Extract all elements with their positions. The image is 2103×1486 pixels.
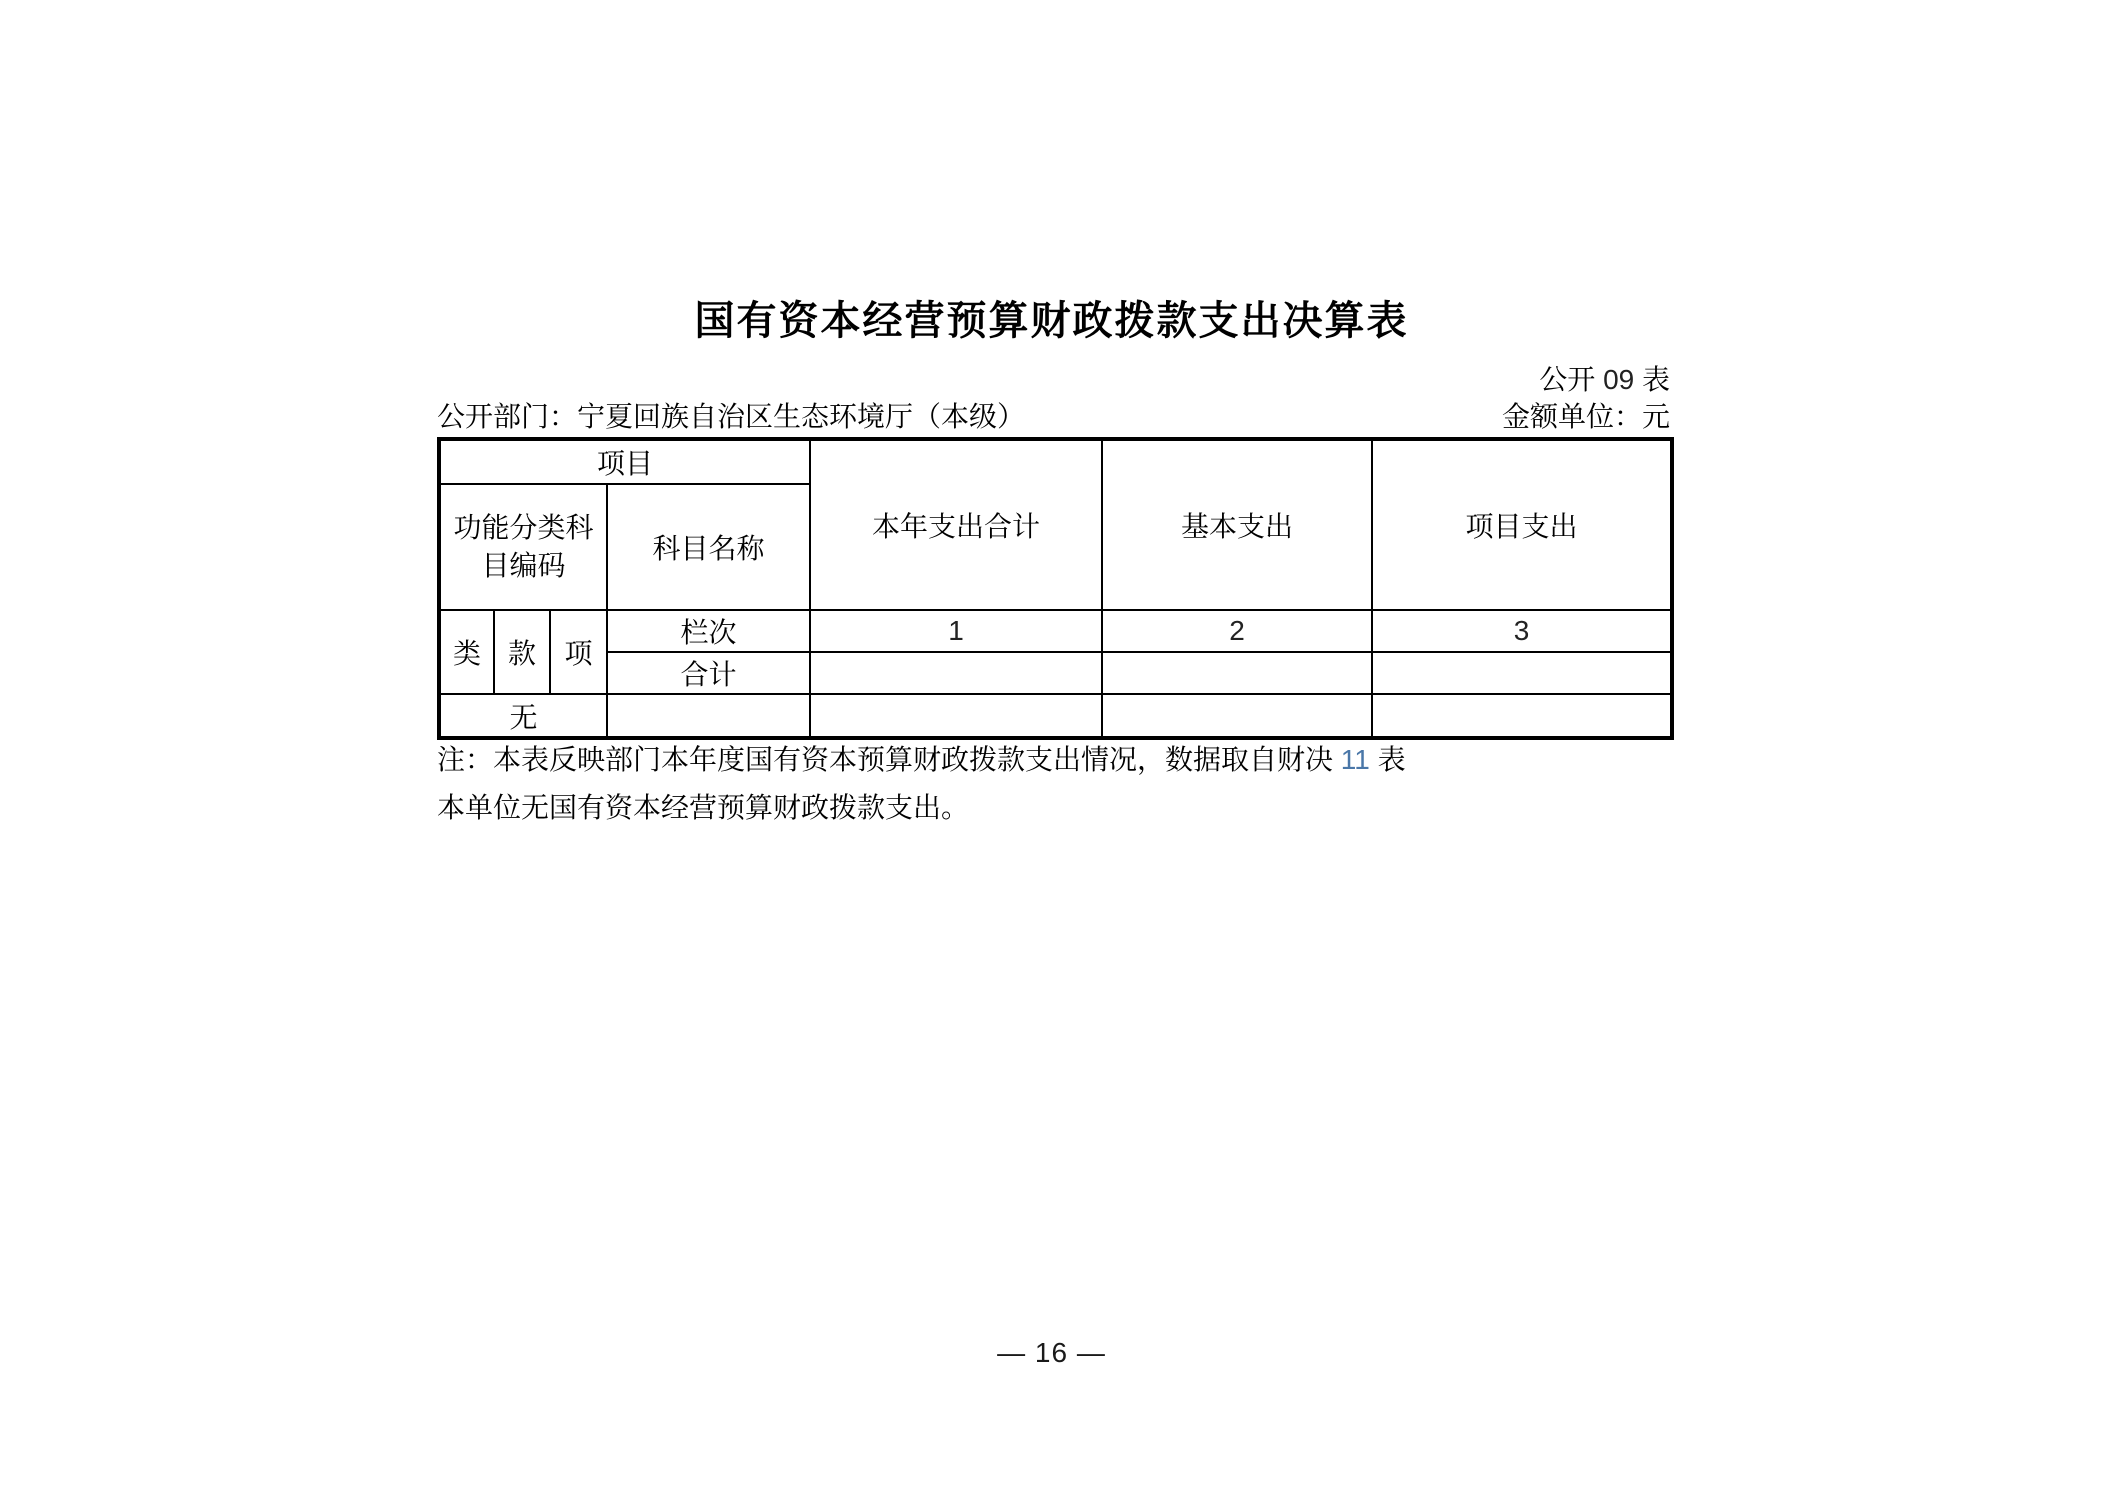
- header-basic-expense: 基本支出: [1102, 439, 1372, 610]
- table-code-prefix: 公开: [1539, 364, 1603, 395]
- meta-line: 公开部门：宁夏回族自治区生态环境厅（本级） 金额单位：元: [437, 395, 1670, 435]
- state-capital-expenditure-table: 项目 本年支出合计 基本支出 项目支出 功能分类科目编码 科目名称 类 款 项 …: [437, 437, 1674, 740]
- header-project-group: 项目: [439, 439, 810, 484]
- page-title: 国有资本经营预算财政拨款支出决算表: [0, 289, 2103, 346]
- row-none-value-2: [1102, 694, 1372, 738]
- note-1-suffix: 表: [1370, 744, 1406, 775]
- table-row-none: 无: [439, 694, 1672, 738]
- row-none-label: 无: [439, 694, 607, 738]
- header-function-code: 功能分类科目编码: [439, 484, 607, 610]
- header-item: 项: [550, 610, 607, 694]
- header-class: 类: [439, 610, 494, 694]
- header-year-total: 本年支出合计: [810, 439, 1102, 610]
- header-project-expense: 项目支出: [1372, 439, 1672, 610]
- header-row-project: 项目 本年支出合计 基本支出 项目支出: [439, 439, 1672, 484]
- row-none-value-3: [1372, 694, 1672, 738]
- header-section: 款: [494, 610, 550, 694]
- column-number-3: 3: [1372, 610, 1672, 652]
- document-page: 国有资本经营预算财政拨款支出决算表 公开 09 表 公开部门：宁夏回族自治区生态…: [0, 0, 2103, 1486]
- table-row-total: 合计: [439, 652, 1672, 694]
- row-total-label: 合计: [607, 652, 810, 694]
- note-1-text: 注：本表反映部门本年度国有资本预算财政拨款支出情况，数据取自财决: [437, 744, 1341, 775]
- page-number-dash-right: —: [1068, 1337, 1106, 1368]
- department-label: 公开部门：宁夏回族自治区生态环境厅（本级）: [437, 395, 1025, 435]
- row-total-value-1: [810, 652, 1102, 694]
- row-total-value-2: [1102, 652, 1372, 694]
- page-number-dash-left: —: [997, 1337, 1035, 1368]
- row-total-value-3: [1372, 652, 1672, 694]
- header-subject-name: 科目名称: [607, 484, 810, 610]
- column-number-2: 2: [1102, 610, 1372, 652]
- table-code-number: 09: [1603, 364, 1634, 395]
- column-number-1: 1: [810, 610, 1102, 652]
- table-code-suffix: 表: [1634, 364, 1670, 395]
- unit-label: 金额单位：元: [1502, 395, 1670, 435]
- page-number: — 16 —: [0, 1337, 2103, 1369]
- table-code: 公开 09 表: [437, 358, 1670, 398]
- note-line-2: 本单位无国有资本经营预算财政拨款支出。: [437, 784, 1697, 832]
- page-number-value: 16: [1035, 1337, 1068, 1368]
- row-none-value-1: [810, 694, 1102, 738]
- header-row-columns: 类 款 项 栏次 1 2 3: [439, 610, 1672, 652]
- note-line-1: 注：本表反映部门本年度国有资本预算财政拨款支出情况，数据取自财决 11 表: [437, 736, 1697, 784]
- row-none-subject: [607, 694, 810, 738]
- header-column-label: 栏次: [607, 610, 810, 652]
- table-notes: 注：本表反映部门本年度国有资本预算财政拨款支出情况，数据取自财决 11 表 本单…: [437, 736, 1697, 832]
- note-source-table-number: 11: [1341, 744, 1370, 775]
